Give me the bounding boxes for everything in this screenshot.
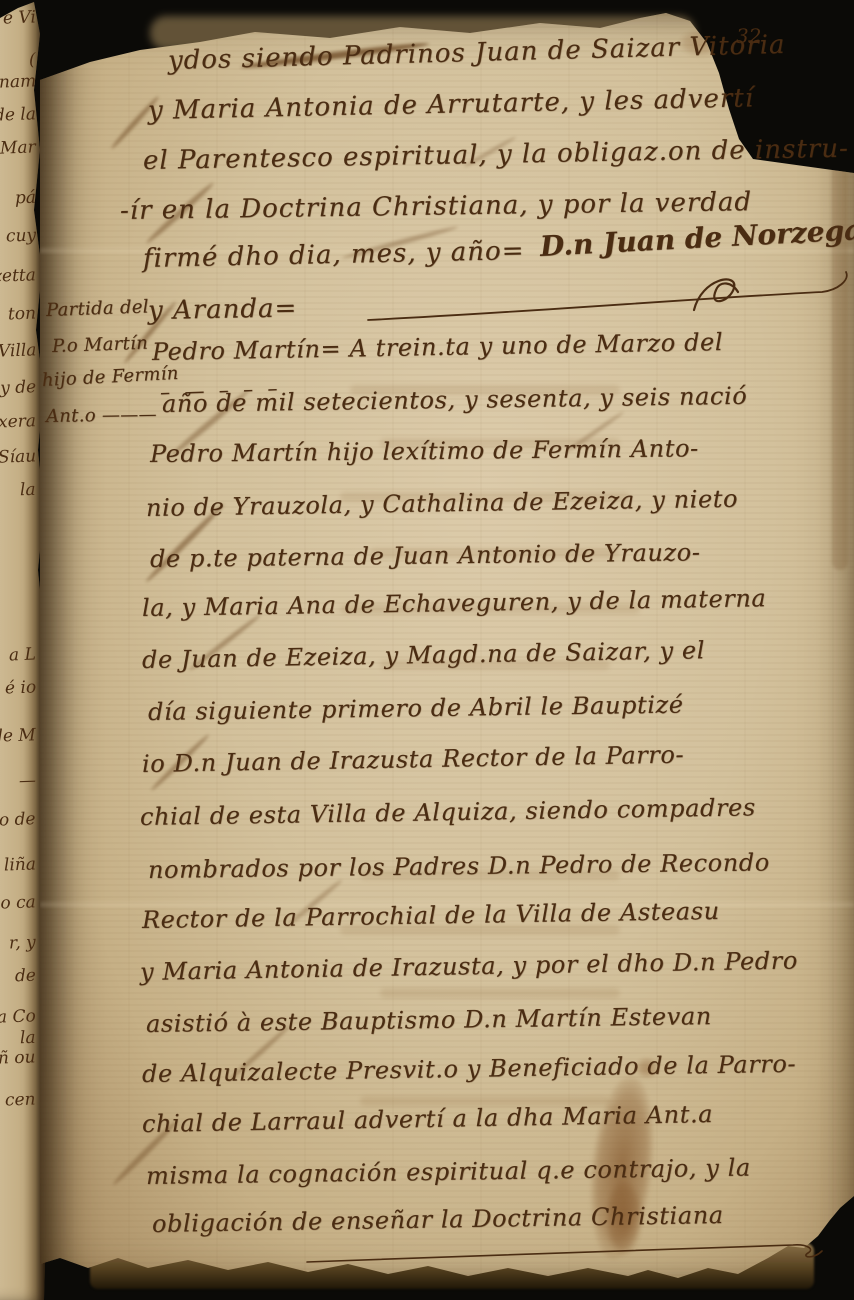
manuscript-line: día siguiente primero de Abril le Baupti… bbox=[148, 691, 684, 726]
manuscript-line: chial de esta Villa de Alquiza, siendo c… bbox=[140, 793, 756, 831]
manuscript-line: de Juan de Ezeiza, y Magd.na de Saizar, … bbox=[142, 636, 705, 674]
manuscript-line: -ír en la Doctrina Christiana, y por la … bbox=[120, 187, 752, 226]
handwriting-layer: 32 ydos siendo Padrinos Juan de Saizar V… bbox=[0, 0, 854, 1300]
manuscript-line: ydos siendo Padrinos Juan de Saizar Vito… bbox=[168, 30, 786, 76]
manuscript-line: la, y Maria Ana de Echaveguren, y de la … bbox=[142, 584, 767, 622]
bottom-rule bbox=[295, 1232, 840, 1274]
manuscript-line: de Alquizalecte Presvit.o y Beneficiado … bbox=[142, 1050, 797, 1088]
manuscript-line: chial de Larraul advertí a la dha Maria … bbox=[142, 1100, 714, 1138]
margin-note-line: hijo de Fermín bbox=[41, 363, 179, 391]
manuscript-line: misma la cognación espiritual q.e contra… bbox=[146, 1154, 751, 1190]
manuscript-line: y Maria Antonia de Arrutarte, y les adve… bbox=[148, 83, 755, 126]
margin-note-line: Partida del bbox=[46, 296, 150, 321]
manuscript-line: el Parentesco espiritual, y la obligaz.o… bbox=[143, 134, 849, 176]
manuscript-line: io D.n Juan de Irazusta Rector de la Par… bbox=[142, 741, 685, 778]
manuscript-line: Pedro Martín hijo lexítimo de Fermín Ant… bbox=[150, 434, 699, 468]
manuscript-line: Rector de la Parrochial de la Villa de A… bbox=[142, 897, 720, 934]
manuscript-line: Pedro Martín= A trein.ta y uno de Marzo … bbox=[152, 328, 724, 366]
margin-note-line: Ant.o ——— bbox=[46, 404, 157, 427]
manuscript-line: nombrados por los Padres D.n Pedro de Re… bbox=[148, 848, 770, 884]
manuscript-line: asistió à este Bauptismo D.n Martín Este… bbox=[146, 1002, 712, 1038]
priest-signature-line2: y Aranda= bbox=[148, 293, 298, 326]
manuscript-photo: e Vi ( nam de la Mar pá cuy zetta ton Vi… bbox=[0, 0, 854, 1300]
entry-divider-rule bbox=[360, 268, 854, 328]
manuscript-line: de p.te paterna de Juan Antonio de Yrauz… bbox=[150, 538, 701, 573]
manuscript-line: y Maria Antonia de Irazusta, y por el dh… bbox=[140, 947, 798, 986]
priest-signature: D.n Juan de Norzega bbox=[539, 213, 854, 263]
manuscript-line: nio de Yrauzola, y Cathalina de Ezeiza, … bbox=[146, 485, 738, 522]
margin-note-line: P.o Martín bbox=[52, 333, 149, 357]
